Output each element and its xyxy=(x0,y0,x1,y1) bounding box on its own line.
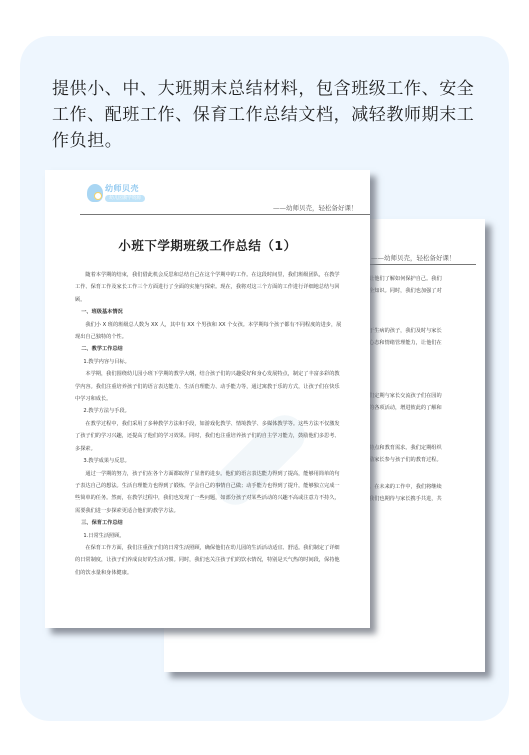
header-slogan: ——幼师贝壳，轻松备好课！ xyxy=(371,253,456,262)
paragraph: 本学期，我们围绕幼儿园小班下学期的教学大纲，结合孩子们的兴趣爱好和身心发展特点，… xyxy=(75,368,343,405)
text-line: 们定期与家长交流孩子们在园的 xyxy=(369,392,442,399)
header-rule xyxy=(364,264,476,265)
subsection-heading: 1.日常生活照顾。 xyxy=(75,530,343,542)
text-line: 的各项活动，增进彼此的了解和 xyxy=(369,404,442,411)
document-preview-front-page: 幼师贝壳 幼儿园教学资源 ——幼师贝壳，轻松备好课！ 小班下学期班级工作总结（1… xyxy=(45,170,370,628)
header-slogan: ——幼师贝壳，轻松备好课！ xyxy=(273,203,358,212)
brand-logo: 幼师贝壳 幼儿园教学资源 xyxy=(87,182,157,208)
paragraph: 在保育工作方面，我们注重孩子们的日常生活照顾，确保他们在幼儿园的生活活动适宜、舒… xyxy=(75,542,343,579)
section-heading: 二、教学工作总结 xyxy=(75,343,343,355)
document-body: 随着本学期的结束，我们借此机会反思和总结自己在这个学期中的工作。在这段时间里，我… xyxy=(75,269,343,579)
intro-description: 提供小、中、大班期末总结材料，包含班级工作、安全工作、配班工作、保育工作总结文档… xyxy=(52,76,482,154)
section-heading: 三、保育工作总结 xyxy=(75,517,343,529)
paragraph: 在教学过程中，我们采用了多种教学方法和手段，如游戏化教学、情境教学、多媒体教学等… xyxy=(75,418,343,455)
document-title: 小班下学期班级工作总结（1） xyxy=(45,236,370,254)
text-line: 。在未来的工作中，我们将继续 xyxy=(369,483,442,490)
paragraph: 我们小 X 班的班级总人数为 XX 人，其中有 XX 个男孩和 XX 个女孩。本… xyxy=(75,319,343,344)
shell-logo-icon xyxy=(87,184,103,202)
text-line: 于生病的孩子，我们及时与家长 xyxy=(369,327,442,334)
subsection-heading: 1.教学内容与目标。 xyxy=(75,356,343,368)
logo-tagline: 幼儿园教学资源 xyxy=(105,195,145,202)
section-heading: 一、班级基本情况 xyxy=(75,306,343,318)
subsection-heading: 2.教学方法与手段。 xyxy=(75,405,343,417)
logo-name: 幼师贝壳 xyxy=(105,183,139,194)
text-line: 让他们了解如何保护自己。我们 xyxy=(369,275,442,282)
paragraph: 随着本学期的结束，我们借此机会反思和总结自己在这个学期中的工作。在这段时间里，我… xyxy=(75,269,343,306)
paragraph: 通过一学期的努力，孩子们在各个方面都取得了显著的进步。他们的语言表达能力得到了提… xyxy=(75,468,343,518)
text-line: 特点和教育需求。我们定期组织 xyxy=(369,444,442,451)
text-line: 我们也期待与家长携手共进，共 xyxy=(369,495,442,502)
header-rule xyxy=(80,214,370,215)
text-line: 心态和情绪管理能力，让他们在 xyxy=(369,339,442,346)
text-line: 全知识。同时，我们也加强了对 xyxy=(369,287,442,294)
subsection-heading: 3.教学成果与反思。 xyxy=(75,455,343,467)
text-line: 励家长参与孩子们的教育过程。 xyxy=(369,456,442,463)
